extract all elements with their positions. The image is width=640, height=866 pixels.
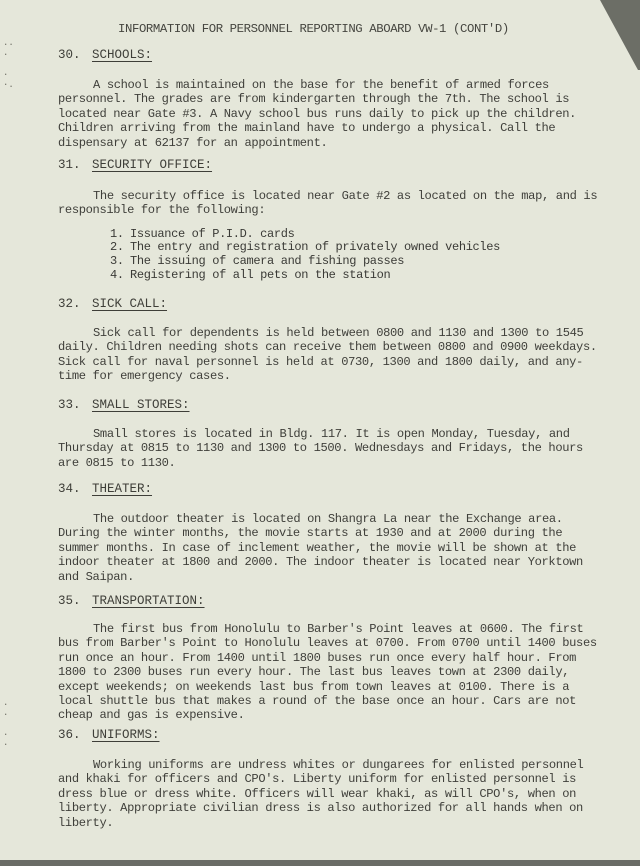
section-paragraph: The first bus from Honolulu to Barber's … <box>58 622 598 723</box>
section-small-stores: 33.SMALL STORES: Small stores is located… <box>58 398 598 470</box>
section-security-office: 31.SECURITY OFFICE: The security office … <box>58 158 598 282</box>
section-number: 33. <box>58 398 92 412</box>
list-item: 1.Issuance of P.I.D. cards <box>110 228 598 242</box>
section-number: 34. <box>58 482 92 496</box>
section-heading: 34.THEATER: <box>58 482 598 496</box>
section-heading: 36.UNIFORMS: <box>58 728 598 742</box>
section-heading: 35.TRANSPORTATION: <box>58 594 598 608</box>
section-uniforms: 36.UNIFORMS: Working uniforms are undres… <box>58 728 598 830</box>
section-theater: 34.THEATER: The outdoor theater is locat… <box>58 482 598 584</box>
section-title: TRANSPORTATION: <box>92 594 205 608</box>
responsibility-list: 1.Issuance of P.I.D. cards 2.The entry a… <box>110 228 598 282</box>
section-sick-call: 32.SICK CALL: Sick call for dependents i… <box>58 297 598 384</box>
section-title: SECURITY OFFICE: <box>92 158 212 172</box>
section-transportation: 35.TRANSPORTATION: The first bus from Ho… <box>58 594 598 723</box>
section-number: 35. <box>58 594 92 608</box>
section-paragraph: Sick call for dependents is held between… <box>58 326 598 384</box>
section-paragraph: Working uniforms are undress whites or d… <box>58 758 598 830</box>
section-number: 32. <box>58 297 92 311</box>
section-heading: 32.SICK CALL: <box>58 297 598 311</box>
list-item: 4.Registering of all pets on the station <box>110 269 598 283</box>
page-title: INFORMATION FOR PERSONNEL REPORTING ABOA… <box>118 22 509 36</box>
section-paragraph: The security office is located near Gate… <box>58 189 598 218</box>
section-paragraph: The outdoor theater is located on Shangr… <box>58 512 598 584</box>
section-title: SICK CALL: <box>92 297 167 311</box>
section-number: 30. <box>58 48 92 62</box>
section-number: 36. <box>58 728 92 742</box>
section-heading: 31.SECURITY OFFICE: <box>58 158 598 172</box>
section-title: SMALL STORES: <box>92 398 190 412</box>
section-paragraph: Small stores is located in Bldg. 117. It… <box>58 427 598 470</box>
section-title: SCHOOLS: <box>92 48 152 62</box>
section-heading: 30.SCHOOLS: <box>58 48 598 62</box>
scan-background-strip <box>0 860 640 866</box>
section-title: UNIFORMS: <box>92 728 160 742</box>
section-heading: 33.SMALL STORES: <box>58 398 598 412</box>
section-title: THEATER: <box>92 482 152 496</box>
section-number: 31. <box>58 158 92 172</box>
scan-background-corner <box>600 0 640 70</box>
hole-punch-marks: ·····. <box>3 40 11 90</box>
section-schools: 30.SCHOOLS: A school is maintained on th… <box>58 48 598 150</box>
section-paragraph: A school is maintained on the base for t… <box>58 78 598 150</box>
margin-marks: ···· <box>3 700 11 750</box>
list-item: 3.The issuing of camera and fishing pass… <box>110 255 598 269</box>
list-item: 2.The entry and registration of privatel… <box>110 241 598 255</box>
